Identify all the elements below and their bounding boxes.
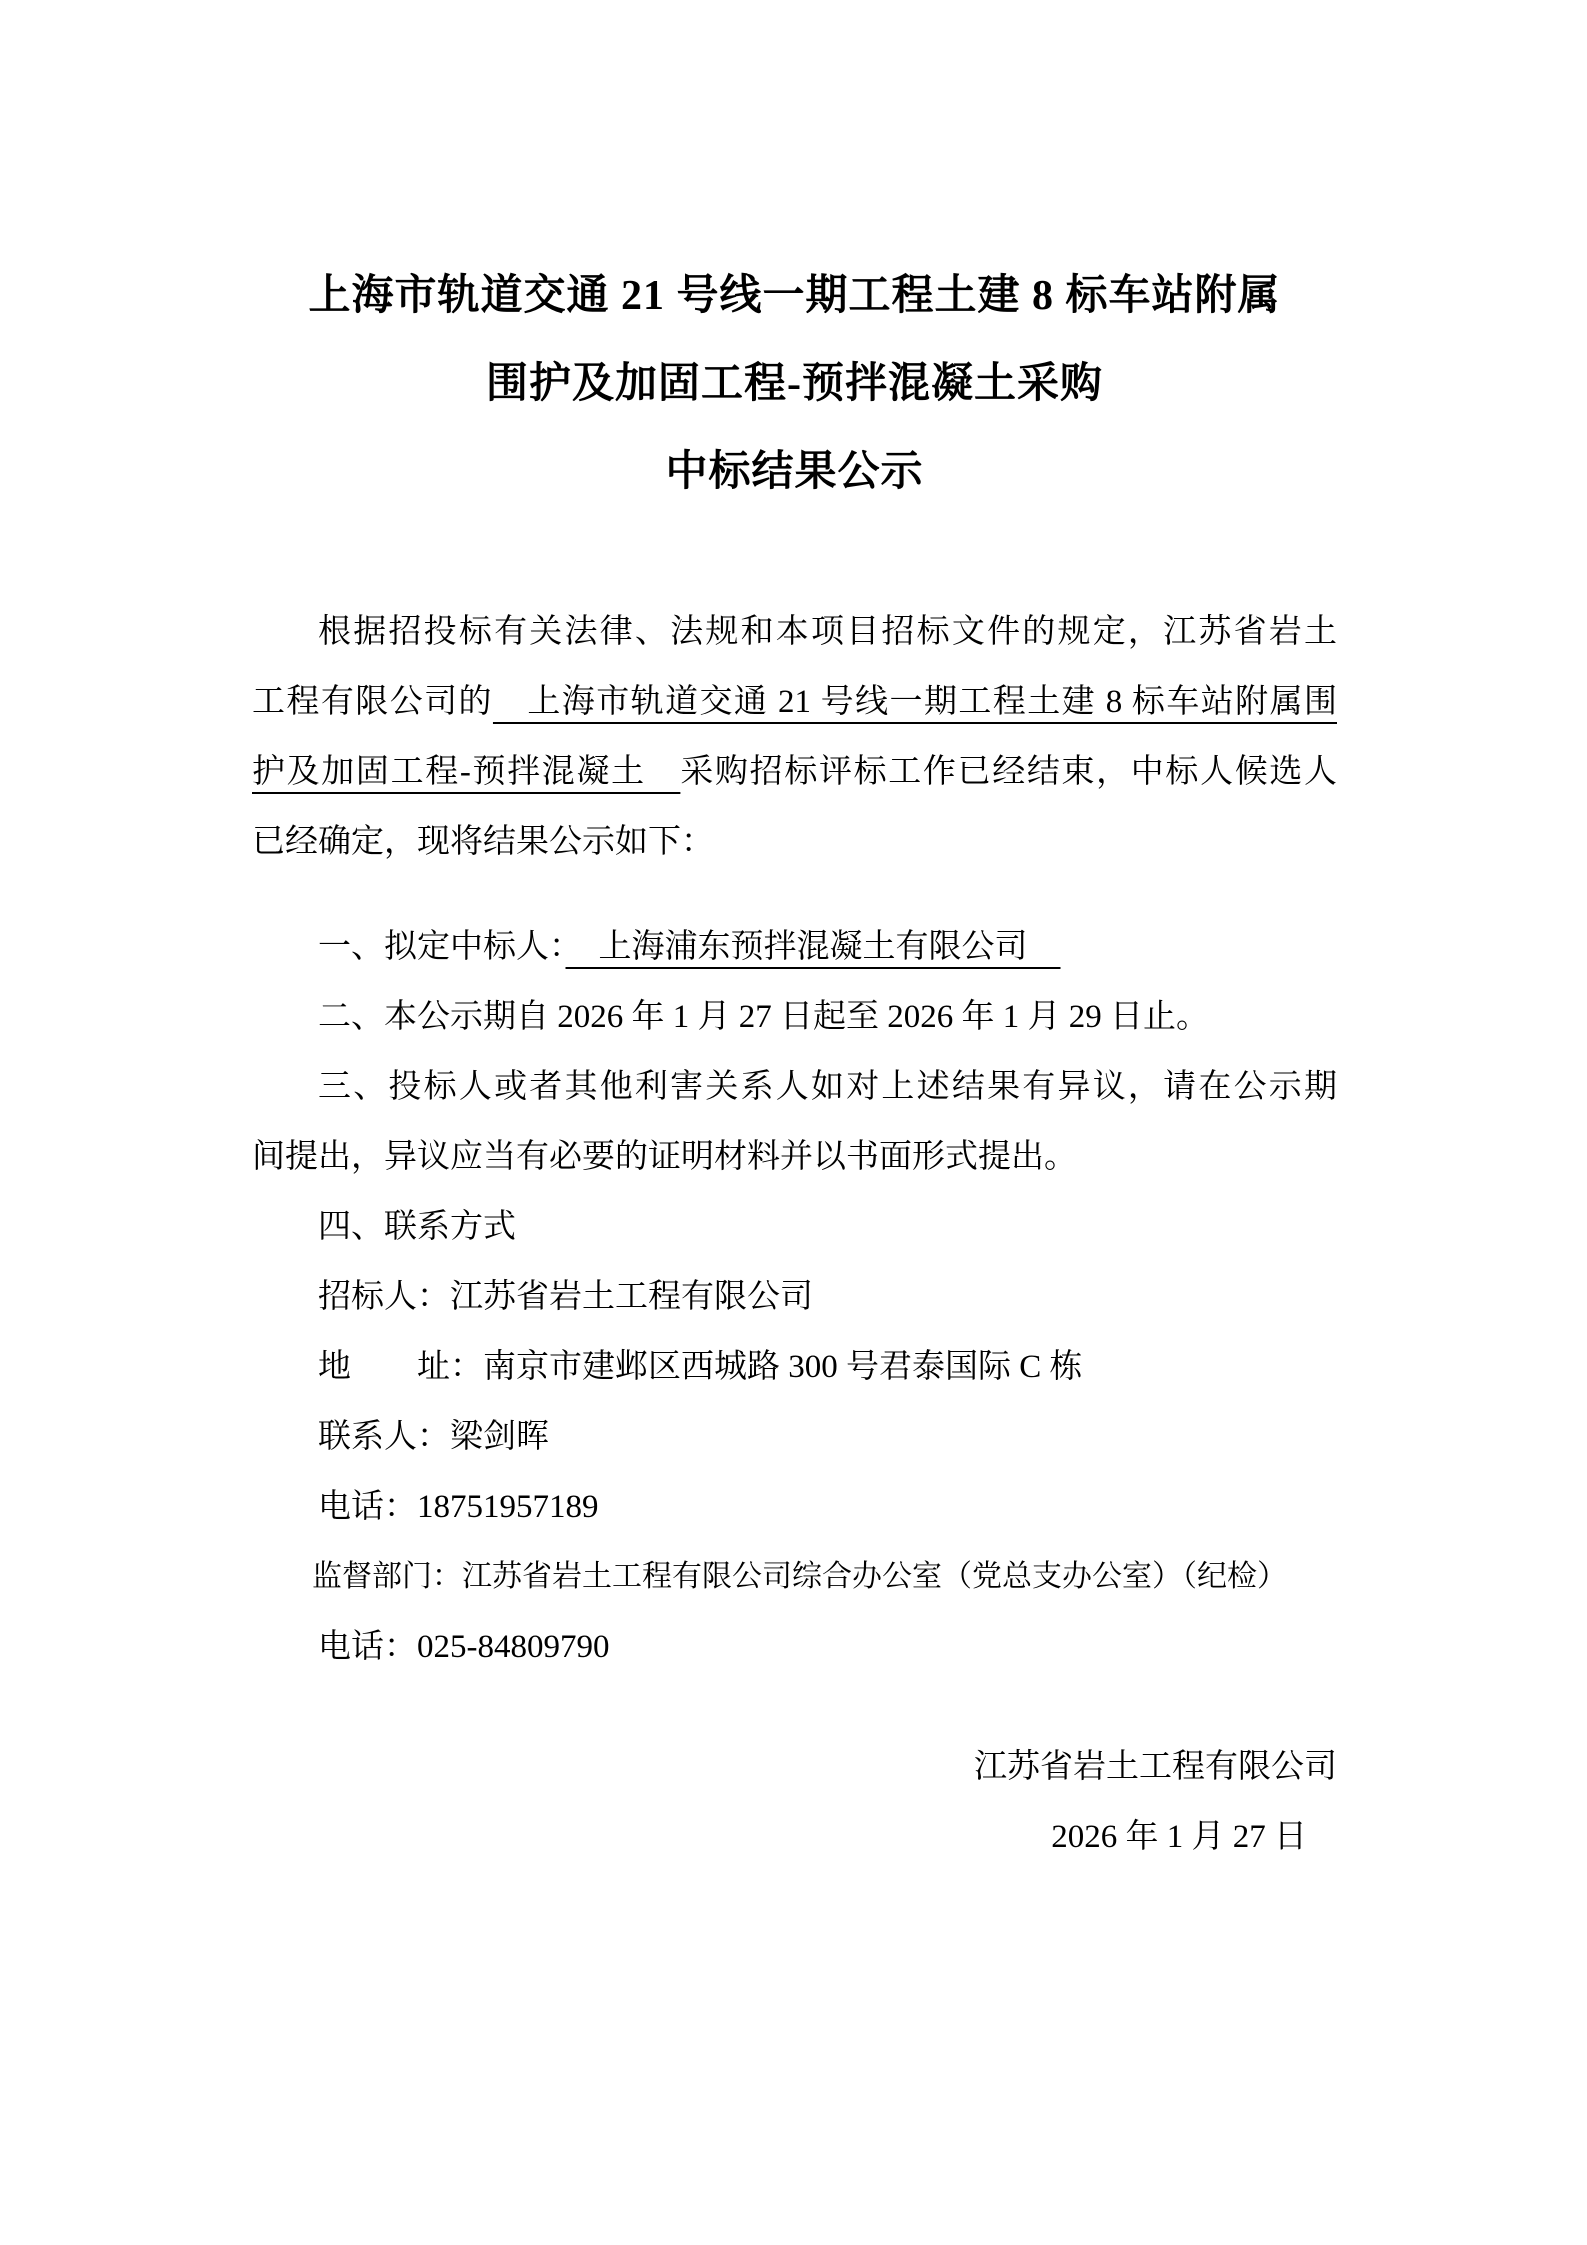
contact-phone: 电话：18751957189 xyxy=(252,1472,1337,1542)
contact-address: 地 址：南京市建邺区西城路 300 号君泰国际 C 栋 xyxy=(252,1332,1337,1402)
title-line-3: 中标结果公示 xyxy=(252,428,1337,516)
intro-line-2-plain: 工程有限公司的 xyxy=(252,684,493,720)
item-winner: 一、拟定中标人： 上海浦东预拌混凝土有限公司 xyxy=(252,912,1337,982)
intro-line-1: 根据招投标有关法律、法规和本项目招标文件的规定，江苏省岩土 xyxy=(252,597,1337,667)
project-name-underline-part1: 上海市轨道交通 21 号线一期工程土建 8 标车站附属围 xyxy=(493,684,1337,720)
contact-person: 联系人：梁剑晖 xyxy=(252,1402,1337,1472)
signature-gap xyxy=(252,1682,1337,1732)
intro-line-3-plain: 采购招标评标工作已经结束，中标人候选人 xyxy=(680,754,1337,790)
item-publicity-period: 二、本公示期自 2026 年 1 月 27 日起至 2026 年 1 月 29 … xyxy=(252,982,1337,1052)
signature-date: 2026 年 1 月 27 日 xyxy=(252,1802,1337,1872)
contact-supervision-phone: 电话：025-84809790 xyxy=(252,1612,1337,1682)
title-line-1: 上海市轨道交通 21 号线一期工程土建 8 标车站附属 xyxy=(252,252,1337,340)
intro-line-3: 护及加固工程-预拌混凝土 采购招标评标工作已经结束，中标人候选人 xyxy=(252,737,1337,807)
document-title: 上海市轨道交通 21 号线一期工程土建 8 标车站附属 围护及加固工程-预拌混凝… xyxy=(252,252,1337,517)
item-winner-label: 一、拟定中标人： xyxy=(318,929,566,965)
document-page: 上海市轨道交通 21 号线一期工程土建 8 标车站附属 围护及加固工程-预拌混凝… xyxy=(0,0,1587,2245)
item-objection-line-2: 间提出，异议应当有必要的证明材料并以书面形式提出。 xyxy=(252,1122,1337,1192)
intro-line-2: 工程有限公司的 上海市轨道交通 21 号线一期工程土建 8 标车站附属围 xyxy=(252,667,1337,737)
item-contact-heading: 四、联系方式 xyxy=(252,1192,1337,1262)
paragraph-gap xyxy=(252,877,1337,912)
document-body: 根据招投标有关法律、法规和本项目招标文件的规定，江苏省岩土 工程有限公司的 上海… xyxy=(252,597,1337,1872)
title-line-2: 围护及加固工程-预拌混凝土采购 xyxy=(252,340,1337,428)
winner-name-underlined: 上海浦东预拌混凝土有限公司 xyxy=(566,929,1061,965)
contact-tenderer: 招标人：江苏省岩土工程有限公司 xyxy=(252,1262,1337,1332)
project-name-underline-part2: 护及加固工程-预拌混凝土 xyxy=(252,754,680,790)
item-objection-line-1: 三、投标人或者其他利害关系人如对上述结果有异议，请在公示期 xyxy=(252,1052,1337,1122)
contact-supervision-dept: 监督部门：江苏省岩土工程有限公司综合办公室（党总支办公室）（纪检） xyxy=(252,1542,1337,1612)
signature-company: 江苏省岩土工程有限公司 xyxy=(252,1732,1337,1802)
intro-line-4: 已经确定，现将结果公示如下： xyxy=(252,807,1337,877)
